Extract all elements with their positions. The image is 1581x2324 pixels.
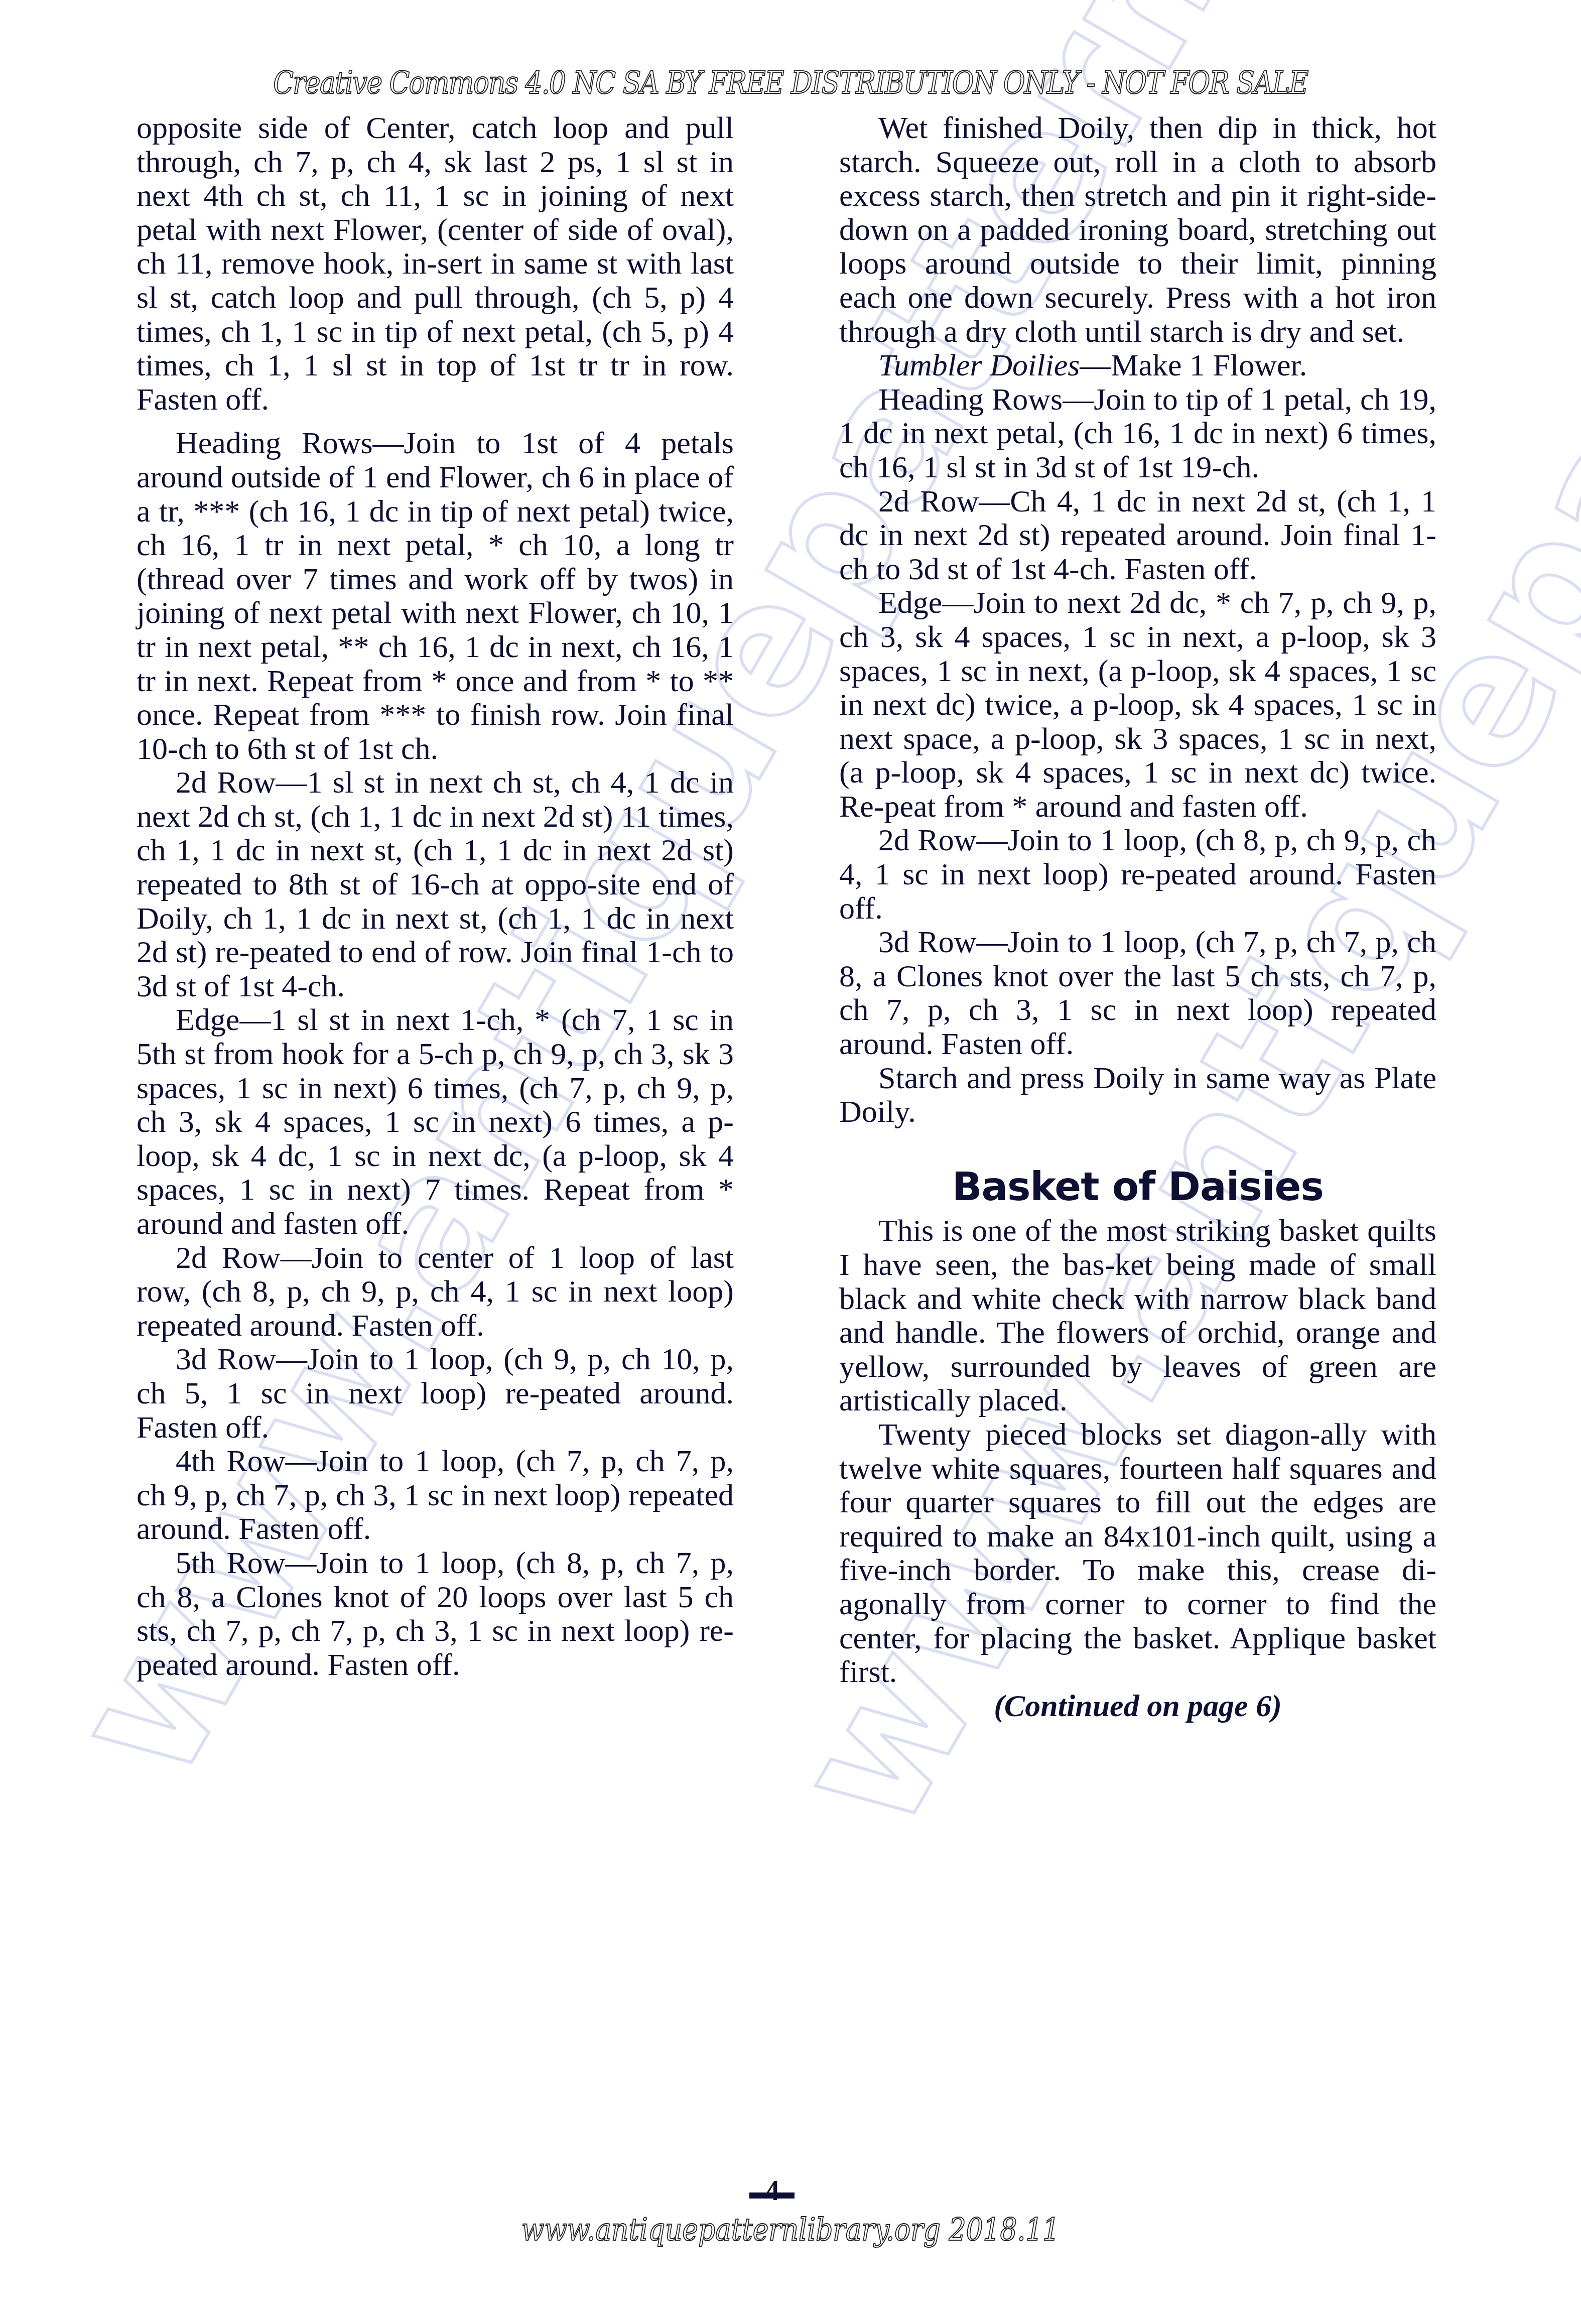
paragraph: 3d Row—Join to 1 loop, (ch 7, p, ch 7, p… (839, 926, 1436, 1061)
license-banner: Creative Commons 4.0 NC SA BY FREE DISTR… (111, 64, 1471, 101)
paragraph: Heading Rows—Join to 1st of 4 petals aro… (137, 427, 734, 766)
paragraph-text: Wet finished Doily, then dip in thick, h… (839, 111, 1436, 349)
page-number: 4 (749, 2178, 795, 2204)
paragraph: 3d Row—Join to 1 loop, (ch 9, p, ch 10, … (137, 1343, 734, 1445)
paragraph: Tumbler Doilies—Make 1 Flower. (839, 349, 1436, 383)
paragraph: 4th Row—Join to 1 loop, (ch 7, p, ch 7, … (137, 1445, 734, 1546)
paragraph-text: Edge—Join to next 2d dc, * ch 7, p, ch 9… (839, 586, 1436, 824)
paragraph: Starch and press Doily in same way as Pl… (839, 1062, 1436, 1129)
paragraph: Heading Rows—Join to tip of 1 petal, ch … (839, 383, 1436, 485)
paragraph-text: 3d Row—Join to 1 loop, (ch 7, p, ch 7, p… (839, 925, 1436, 1061)
paragraph-text: Heading Rows—Join to tip of 1 petal, ch … (839, 382, 1436, 484)
page-number-digit: 4 (765, 2178, 779, 2204)
paragraph: 2d Row—1 sl st in next ch st, ch 4, 1 dc… (137, 766, 734, 1003)
paragraph: This is one of the most striking basket … (839, 1214, 1436, 1418)
paragraph-text: 2d Row—Join to 1 loop, (ch 8, p, ch 9, p… (839, 823, 1436, 925)
paragraph: 2d Row—Join to center of 1 loop of last … (137, 1241, 734, 1343)
paragraph-text: Starch and press Doily in same way as Pl… (839, 1061, 1436, 1129)
left-column: opposite side of Center, catch loop and … (137, 111, 734, 1682)
paragraph: Edge—Join to next 2d dc, * ch 7, p, ch 9… (839, 586, 1436, 824)
site-banner: www.antiquepatternlibrary.org 2018.11 (111, 2211, 1471, 2248)
paragraph-text: —Make 1 Flower. (1080, 348, 1307, 382)
paragraph: opposite side of Center, catch loop and … (137, 111, 734, 417)
subsection-title: Tumbler Doilies (878, 348, 1080, 382)
section-heading: Basket of Daisies (839, 1171, 1436, 1205)
paragraph: 2d Row—Join to 1 loop, (ch 8, p, ch 9, p… (839, 824, 1436, 926)
paragraph-text: 2d Row—Ch 4, 1 dc in next 2d st, (ch 1, … (839, 484, 1436, 586)
right-column: Wet finished Doily, then dip in thick, h… (839, 111, 1436, 1723)
continued-note: (Continued on page 6) (839, 1690, 1436, 1724)
paragraph: Edge—1 sl st in next 1-ch, * (ch 7, 1 sc… (137, 1003, 734, 1241)
paragraph: 2d Row—Ch 4, 1 dc in next 2d st, (ch 1, … (839, 485, 1436, 587)
paragraph: Twenty pieced blocks set diagon-ally wit… (839, 1418, 1436, 1690)
paragraph: Wet finished Doily, then dip in thick, h… (839, 111, 1436, 349)
paragraph: 5th Row—Join to 1 loop, (ch 8, p, ch 7, … (137, 1546, 734, 1682)
